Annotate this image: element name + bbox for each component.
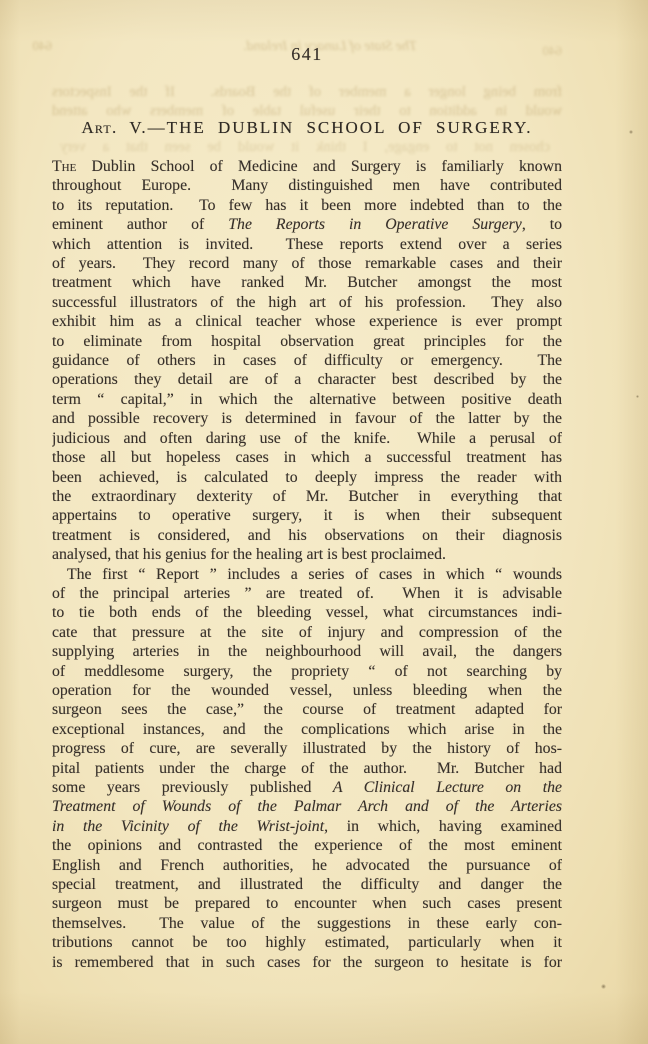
text-segment: of the principal arteries ” are treated … (52, 585, 562, 602)
text-line: of meddlesome surgery, the propriety “ o… (52, 662, 562, 681)
text-segment: some years previously published (52, 779, 333, 796)
text-segment: tributions cannot be too highly estimate… (52, 934, 562, 951)
text-line: themselves. The value of the suggestions… (52, 914, 562, 933)
text-segment: treatment is considered, and his observa… (52, 527, 562, 544)
page-number: 641 (52, 44, 562, 65)
text-line: treatment which have ranked Mr. Butcher … (52, 273, 562, 292)
text-line: cate that pressure at the site of injury… (52, 623, 562, 642)
article-heading: Art. V.—THE DUBLIN SCHOOL OF SURGERY. (40, 118, 574, 138)
text-line: to tie both ends of the bleeding vessel,… (52, 603, 562, 622)
text-segment: the opinions and contrasted the experien… (52, 837, 562, 854)
text-line: to its reputation. To few has it been mo… (52, 196, 562, 215)
scanned-page: 640 640 The State of Lunacy in Ireland. … (0, 0, 648, 1044)
text-line: special treatment, and illustrated the d… (52, 875, 562, 894)
text-segment: The first “ Report ” includes a series o… (67, 566, 562, 583)
text-line: analysed, that his genius for the healin… (52, 545, 562, 564)
text-line: exhibit him as a clinical teacher whose … (52, 312, 562, 331)
text-line: which attention is invited. These report… (52, 235, 562, 254)
text-segment: appertains to operative surgery, it is w… (52, 507, 562, 524)
text-segment: of meddlesome surgery, the propriety “ o… (52, 663, 562, 680)
article-heading-title: V.—THE DUBLIN SCHOOL OF SURGERY. (117, 118, 532, 137)
text-segment: supplying arteries in the neighbourhood … (52, 643, 562, 660)
text-line: guidance of others in cases of difficult… (52, 351, 562, 370)
text-segment: special treatment, and illustrated the d… (52, 876, 562, 893)
text-line: progress of cure, are severally illustra… (52, 739, 562, 758)
text-segment: pital patients under the charge of the a… (52, 760, 562, 777)
ink-speck (629, 130, 633, 134)
text-segment: to its reputation. To few has it been mo… (52, 197, 562, 214)
text-line: The Dublin School of Medicine and Surger… (52, 157, 562, 176)
text-segment: of years. They record many of those rema… (52, 255, 562, 272)
text-segment: operation for the wounded vessel, unless… (52, 682, 562, 699)
text-line: and possible recovery is determined in f… (52, 409, 562, 428)
text-line: of the principal arteries ” are treated … (52, 584, 562, 603)
text-segment: exhibit him as a clinical teacher whose … (52, 313, 562, 330)
text-segment: which attention is invited. These report… (52, 236, 562, 253)
text-line: appertains to operative surgery, it is w… (52, 506, 562, 525)
text-segment: English and French authorities, he advoc… (52, 857, 562, 874)
text-segment: and possible recovery is determined in f… (52, 410, 562, 427)
text-segment: treatment which have ranked Mr. Butcher … (52, 274, 562, 291)
text-line: of years. They record many of those rema… (52, 254, 562, 273)
text-line: in the Vicinity of the Wrist-joint, in w… (52, 817, 562, 836)
text-segment: surgeon sees the case,” the course of tr… (52, 701, 562, 718)
text-segment: is remembered that in such cases for the… (52, 954, 562, 971)
text-line: the extraordinary dexterity of Mr. Butch… (52, 487, 562, 506)
text-segment: , to (522, 216, 562, 233)
text-line: to eliminate from hospital observation g… (52, 332, 562, 351)
text-line: throughout Europe. Many distinguished me… (52, 176, 562, 195)
text-segment: those all but hopeless cases in which a … (52, 449, 562, 466)
text-line: term “ capital,” in which the alternativ… (52, 390, 562, 409)
text-segment: operations they detail are of a characte… (52, 371, 562, 388)
text-segment: progress of cure, are severally illustra… (52, 740, 562, 757)
text-line: operations they detail are of a characte… (52, 370, 562, 389)
text-segment: successful illustrators of the high art … (52, 294, 562, 311)
bleed-through-page-number-left: 640 (12, 38, 52, 54)
text-line: those all but hopeless cases in which a … (52, 448, 562, 467)
text-segment: analysed, that his genius for the healin… (52, 546, 446, 563)
text-segment: guidance of others in cases of difficult… (52, 352, 562, 369)
text-line: The first “ Report ” includes a series o… (52, 565, 562, 584)
text-segment: to eliminate from hospital observation g… (52, 333, 562, 350)
text-line: operation for the wounded vessel, unless… (52, 681, 562, 700)
text-line: eminent author of The Reports in Operati… (52, 215, 562, 234)
text-line: successful illustrators of the high art … (52, 293, 562, 312)
italic-text: in the Vicinity of the Wrist-joint (52, 818, 324, 835)
text-line: treatment is considered, and his observa… (52, 526, 562, 545)
italic-text: A Clinical Lecture on the (333, 779, 562, 796)
article-heading-prefix: Art. (81, 118, 117, 137)
text-segment: surgeon must be prepared to encounter wh… (52, 895, 562, 912)
bleed-through-line: from being longer a member of the Boards… (52, 84, 562, 102)
ink-speck (636, 395, 639, 398)
text-segment: cate that pressure at the site of injury… (52, 624, 562, 641)
text-line: surgeon must be prepared to encounter wh… (52, 894, 562, 913)
text-segment: eminent author of (52, 216, 228, 233)
text-segment: term “ capital,” in which the alternativ… (52, 391, 562, 408)
text-segment: , in which, having examined (324, 818, 562, 835)
text-segment: been achieved, is calculated to deeply i… (52, 469, 562, 486)
text-segment: Dublin School of Medicine and Surgery is… (76, 158, 562, 175)
ink-speck (601, 984, 606, 989)
text-segment: exceptional instances, and the complicat… (52, 721, 562, 738)
text-line: English and French authorities, he advoc… (52, 856, 562, 875)
text-line: judicious and often daring use of the kn… (52, 429, 562, 448)
text-line: some years previously published A Clinic… (52, 778, 562, 797)
text-line: surgeon sees the case,” the course of tr… (52, 700, 562, 719)
text-line: the opinions and contrasted the experien… (52, 836, 562, 855)
bleed-through-line: chosen not to engage, I think it would b… (60, 139, 550, 155)
text-line: supplying arteries in the neighbourhood … (52, 642, 562, 661)
text-segment: themselves. The value of the suggestions… (52, 915, 562, 932)
text-segment: The (52, 158, 76, 175)
text-line: exceptional instances, and the complicat… (52, 720, 562, 739)
text-line: tributions cannot be too highly estimate… (52, 933, 562, 952)
text-segment: throughout Europe. Many distinguished me… (52, 177, 562, 194)
text-line: been achieved, is calculated to deeply i… (52, 468, 562, 487)
text-line: Treatment of Wounds of the Palmar Arch a… (52, 797, 562, 816)
text-segment: the extraordinary dexterity of Mr. Butch… (52, 488, 562, 505)
italic-text: The Reports in Operative Surgery (228, 216, 522, 233)
text-segment: to tie both ends of the bleeding vessel,… (52, 604, 562, 621)
italic-text: Treatment of Wounds of the Palmar Arch a… (52, 798, 562, 815)
text-line: is remembered that in such cases for the… (52, 953, 562, 972)
body-text: The Dublin School of Medicine and Surger… (52, 157, 562, 972)
text-segment: judicious and often daring use of the kn… (52, 430, 562, 447)
text-line: pital patients under the charge of the a… (52, 759, 562, 778)
